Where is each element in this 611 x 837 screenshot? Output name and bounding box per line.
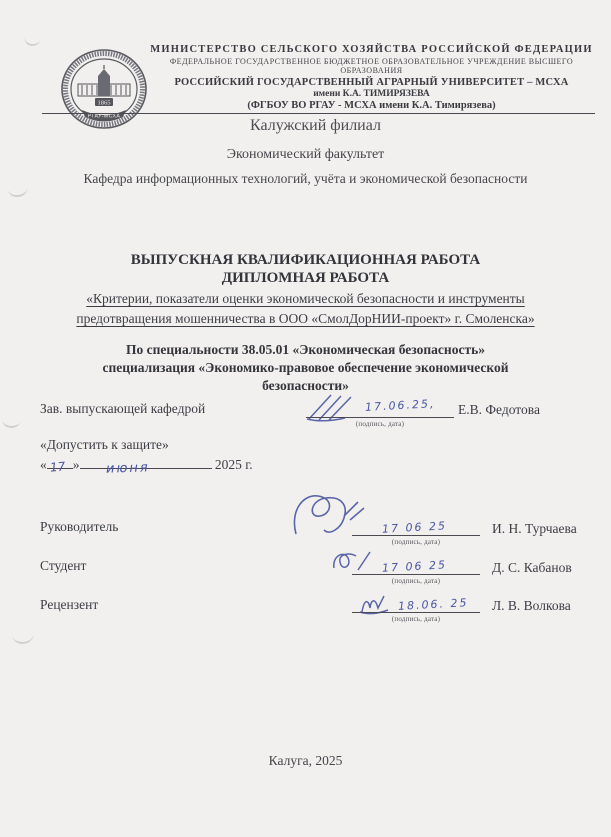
city-year: Калуга, 2025 <box>0 753 611 769</box>
theme-line1: «Критерии, показатели оценки экономическ… <box>86 291 525 306</box>
signature-caption: (подпись, дата) <box>352 615 480 623</box>
institution-line2: ОБРАЗОВАНИЯ <box>142 66 601 75</box>
branch-name: Калужский филиал <box>20 117 611 135</box>
head-name: Е.В. Федотова <box>458 402 540 418</box>
faculty-name: Экономический факультет <box>0 147 611 163</box>
university-name: РОССИЙСКИЙ ГОСУДАРСТВЕННЫЙ АГРАРНЫЙ УНИВ… <box>142 77 601 88</box>
month-handwritten: июня <box>105 460 149 477</box>
supervisor-name: И. Н. Турчаева <box>492 521 577 537</box>
head-date-handwritten: 17.06.25, <box>365 397 436 414</box>
work-title: ВЫПУСКНАЯ КВАЛИФИКАЦИОННАЯ РАБОТА ДИПЛОМ… <box>0 251 611 287</box>
signature-line <box>352 535 480 536</box>
work-title-line1: ВЫПУСКНАЯ КВАЛИФИКАЦИОННАЯ РАБОТА <box>0 251 611 269</box>
institution-line1: ФЕДЕРАЛЬНОЕ ГОСУДАРСТВЕННОЕ БЮДЖЕТНОЕ ОБ… <box>142 57 601 66</box>
scan-artifact <box>24 37 41 47</box>
department-name: Кафедра информационных технологий, учёта… <box>0 171 611 187</box>
specialty-line1: По специальности 38.05.01 «Экономическая… <box>0 341 611 359</box>
scan-artifact <box>12 633 34 644</box>
signature-line <box>352 574 480 575</box>
letterhead: МИНИСТЕРСТВО СЕЛЬСКОГО ХОЗЯЙСТВА РОССИЙС… <box>142 44 601 111</box>
university-abbreviation: (ФГБОУ ВО РГАУ - МСХА имени К.А. Тимиряз… <box>142 100 601 111</box>
head-of-department-label: Зав. выпускающей кафедрой <box>40 401 205 417</box>
signature-caption: (подпись, дата) <box>306 420 454 428</box>
reviewer-name: Л. В. Волкова <box>492 598 571 614</box>
signature-line <box>352 612 480 613</box>
day-handwritten: 17 <box>49 459 65 474</box>
scanned-title-page: 1865 РГАУ-МСХА МИНИСТЕРСТВО СЕЛЬСКОГО ХО… <box>0 0 611 837</box>
supervisor-date-handwritten: 17 06 25 <box>382 519 448 535</box>
specialty-line2: специализация «Экономико-правовое обеспе… <box>0 359 611 377</box>
header-divider <box>42 113 595 114</box>
signature-caption: (подпись, дата) <box>352 577 480 585</box>
named-after: имени К.А. ТИМИРЯЗЕВА <box>142 89 601 99</box>
reviewer-date-handwritten: 18.06. 25 <box>398 596 469 613</box>
year-suffix: 2025 г. <box>215 457 253 472</box>
signature-line <box>306 417 454 418</box>
work-title-line2: ДИПЛОМНАЯ РАБОТА <box>0 269 611 287</box>
quote-open: « <box>40 457 47 472</box>
admit-to-defense-label: «Допустить к защите» <box>40 437 169 453</box>
student-date-handwritten: 17 06 25 <box>382 558 448 574</box>
month-blank: июня <box>80 468 212 469</box>
building-glyph <box>78 65 130 96</box>
day-blank: 17 <box>47 468 73 469</box>
ministry-line: МИНИСТЕРСТВО СЕЛЬСКОГО ХОЗЯЙСТВА РОССИЙС… <box>142 44 601 55</box>
signatory-role: Рецензент <box>40 597 98 613</box>
student-name: Д. С. Кабанов <box>492 560 572 576</box>
thesis-theme: «Критерии, показатели оценки экономическ… <box>14 289 597 329</box>
signature-caption: (подпись, дата) <box>352 538 480 546</box>
specialty-block: По специальности 38.05.01 «Экономическая… <box>0 341 611 395</box>
specialty-line3: безопасности» <box>0 377 611 395</box>
quote-close: » <box>73 457 80 472</box>
scan-artifact <box>8 187 29 198</box>
theme-line2: предотвращения мошенничества в ООО «Смол… <box>76 311 534 326</box>
scan-artifact <box>2 419 21 428</box>
admission-date-line: «17»июня 2025 г. <box>40 457 253 473</box>
signatory-role: Студент <box>40 558 86 574</box>
seal-year: 1865 <box>98 100 111 107</box>
signature-scribble-student <box>330 548 380 576</box>
signatory-role: Руководитель <box>40 519 118 535</box>
